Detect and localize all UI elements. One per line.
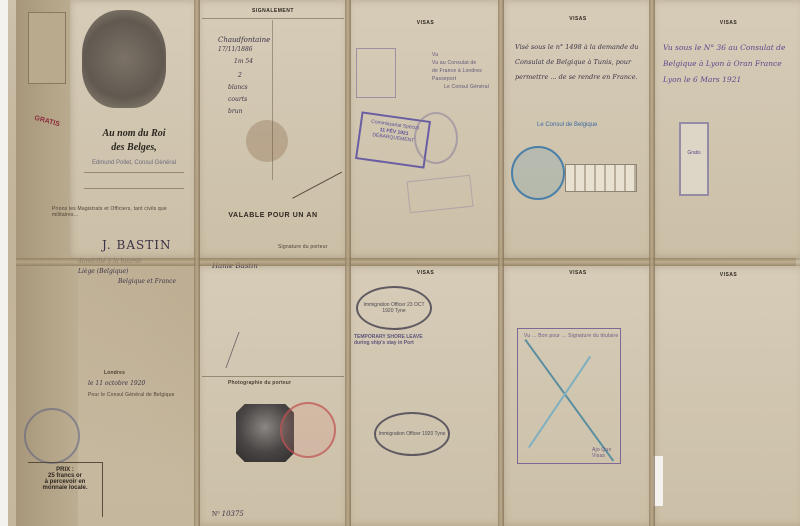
signalement-value-4: blancs: [228, 84, 248, 91]
visa-box: [356, 48, 396, 98]
horizontal-fold: [16, 258, 800, 266]
visa-label: VISAS: [653, 20, 800, 26]
photo-number: 10375: [222, 510, 244, 518]
cancel-cross: [528, 356, 591, 448]
signature-scribble: [225, 332, 279, 368]
fiscal-stamps: [565, 164, 637, 192]
gratis-stamp: Gratis: [679, 122, 709, 196]
signalement-title: SIGNALEMENT: [198, 8, 348, 14]
visa-form-text: Vu ... Bon pour ... Signature du titulai…: [524, 333, 620, 339]
rule: [84, 188, 184, 189]
visa-label: VISAS: [653, 272, 800, 278]
issued-place: Londres: [104, 370, 125, 376]
signature-caption: Pour le Consul Général de Belgique: [88, 392, 175, 398]
cover-heading-line1: Au nom du Roi: [70, 128, 198, 139]
gratis-stamp: GRATIS: [34, 115, 61, 128]
cover-panel: Au nom du Roi des Belges, Edmund Pollet,…: [70, 0, 198, 258]
visa-form-box: Vu ... Bon pour ... Signature du titulai…: [517, 328, 621, 464]
vertical-fold: [498, 0, 504, 526]
coat-of-arms-icon: [82, 10, 166, 108]
rule: [202, 18, 344, 19]
signalement-value-0: Chaudfontaine: [218, 36, 270, 44]
signalement-value-1: 17/11/1886: [218, 46, 253, 53]
signature-label: Signature du porteur: [278, 244, 328, 250]
valid-label: VALABLE POUR UN AN: [198, 212, 348, 219]
visa-label: VISAS: [503, 270, 653, 276]
visa-handwritten: Vu sous le N° 36 au Consulat de Belgique…: [663, 40, 797, 88]
visa-typed-4: Le Consul Général: [444, 84, 489, 90]
consulate-seal-red: [280, 402, 336, 458]
visa-label: VISAS: [348, 20, 503, 26]
stain: [246, 120, 288, 162]
visa-label: VISAS: [503, 16, 653, 22]
visa-page-5: VISAS Vu ... Bon pour ... Signature du t…: [503, 266, 653, 526]
price-line3: monnaie locale.: [28, 485, 102, 491]
immigration-stamp-2: Immigration Officer 1920 Tyne: [374, 412, 450, 456]
bearer-address-2: Liège (Belgique): [78, 268, 128, 275]
visa-label: VISAS: [348, 270, 503, 276]
rule: [84, 172, 184, 173]
visa-typed-1: Vu au Consulat de: [432, 60, 476, 66]
passport-sheet: GRATIS Au nom du Roi des Belges, Edmund …: [8, 0, 796, 526]
vertical-fold: [649, 0, 655, 526]
visa-page-2: VISAS Visé sous le n° 1498 à la demande …: [503, 0, 653, 258]
faint-seal: [414, 112, 458, 164]
visa-page-1: VISAS Vu Vu au Consulat de de France à L…: [348, 0, 503, 258]
bearer-destination: Belgique et France: [118, 278, 176, 285]
bearer-panel: Prions les Magistrats et Officiers, tant…: [38, 266, 198, 456]
signalement-value-6: brun: [228, 108, 242, 115]
cancel-cross: [524, 339, 614, 462]
consulate-seal-blue: [511, 146, 565, 200]
visa-typed-2: de France à Londres: [432, 68, 482, 74]
signalement-value-2: 1m 54: [234, 58, 253, 65]
rubber-stamp: [282, 152, 342, 199]
price-box: PRIX : 25 francs or à percevoir en monna…: [28, 462, 103, 517]
faint-stamp: [407, 175, 474, 214]
signalement-value-5: courts: [228, 96, 247, 103]
bearer-surname: J. BASTIN: [102, 238, 171, 252]
rule: [202, 376, 344, 377]
vertical-fold: [345, 0, 351, 526]
photo-number-label: N°: [212, 510, 220, 518]
visa-handwritten: Visé sous le n° 1498 à la demande du Con…: [515, 40, 643, 85]
issuer-name: Edmund Pollet, Consul Général: [70, 160, 198, 166]
consul-typed: Le Consul de Belgique: [537, 122, 597, 128]
stamp-text: Gratis: [681, 150, 707, 157]
visa-page-3: VISAS Vu sous le N° 36 au Consulat de Be…: [653, 0, 800, 258]
issued-date: le 11 octobre 1920: [88, 380, 145, 387]
visa-form-footer: Ajo Quo Visas: [592, 447, 614, 459]
signalement-value-3: 2: [238, 72, 242, 79]
vertical-fold: [194, 0, 200, 526]
immigration-stamp-1: Immigration Officer 23 OCT 1920 Tyne: [356, 286, 432, 330]
bearer-intro: Prions les Magistrats et Officiers, tant…: [52, 206, 192, 218]
cover-heading-line2: des Belges,: [70, 142, 198, 153]
stub-label: [28, 12, 66, 84]
photo-label: Photographie du porteur: [228, 380, 291, 386]
visa-page-6: VISAS: [653, 266, 800, 526]
shore-leave-stamp: TEMPORARY SHORE LEAVE during ship's stay…: [354, 334, 434, 346]
visa-typed-3: Passeport: [432, 76, 456, 82]
signalement-panel: SIGNALEMENT Chaudfontaine 17/11/1886 1m …: [198, 0, 348, 258]
visa-typed-0: Vu: [432, 52, 438, 58]
photo-number-wrap: N° 10375: [212, 510, 244, 518]
visa-page-4: VISAS Immigration Officer 23 OCT 1920 Ty…: [348, 266, 503, 526]
photo-panel: Hanie Bastin Photographie du porteur N° …: [198, 266, 348, 526]
